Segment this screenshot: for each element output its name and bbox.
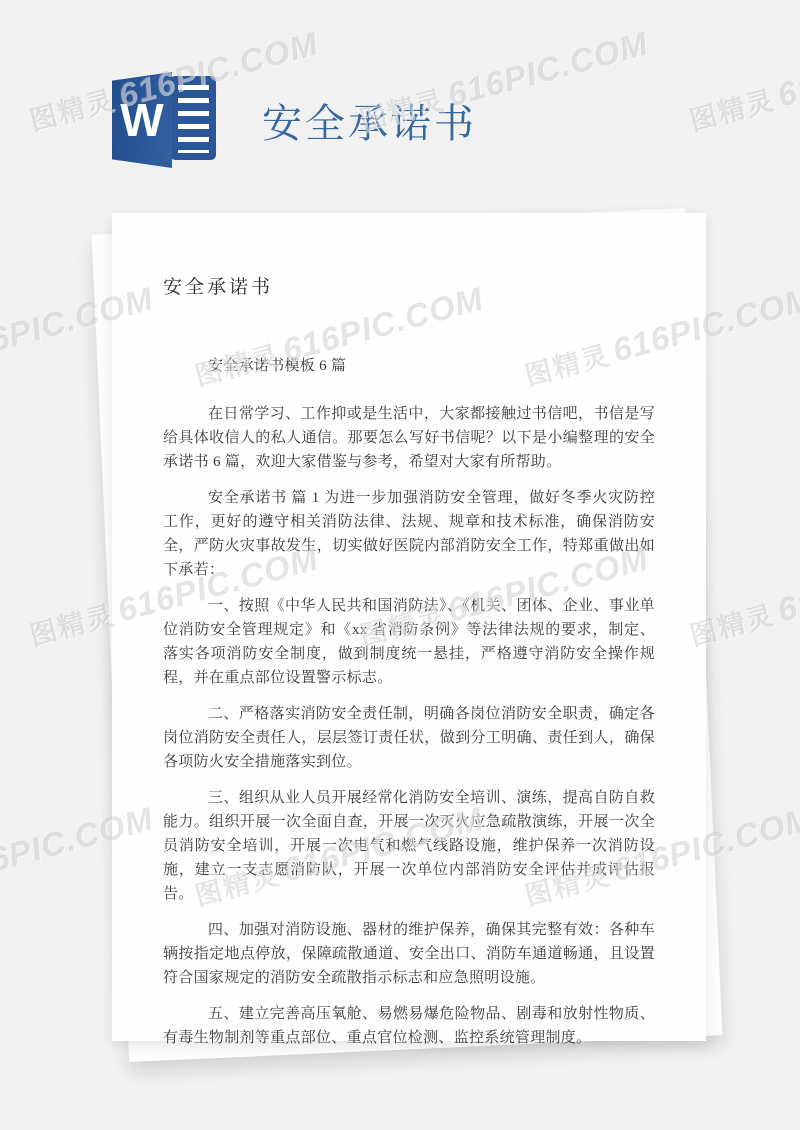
watermark-brand: 图精灵 bbox=[27, 85, 119, 136]
watermark-brand: 图精灵 bbox=[687, 85, 779, 136]
word-document-icon bbox=[170, 76, 216, 160]
watermark-site: 616PIC.COM bbox=[774, 540, 800, 629]
doc-paragraph: 三、组织从业人员开展经常化消防安全培训、演练，提高自防自救能力。组织开展一次全面… bbox=[163, 786, 655, 906]
doc-paragraph: 安全承诺书 篇 1 为进一步加强消防安全管理，做好冬季火灾防控工作，更好的遵守相… bbox=[163, 486, 655, 582]
word-icon: W bbox=[112, 70, 216, 170]
doc-paragraph: 五、建立完善高压氧舱、易燃易爆危险物品、剧毒和放射性物质、有毒生物制剂等重点部位… bbox=[163, 1002, 655, 1050]
word-flag-icon: W bbox=[112, 72, 172, 168]
document-title: 安全承诺书 bbox=[163, 277, 655, 300]
doc-paragraph: 二、严格落实消防安全责任制，明确各岗位消防安全职责，确定各岗位消防安全责任人，层… bbox=[163, 702, 655, 774]
header: W 安全承诺书 bbox=[112, 70, 477, 170]
document-subtitle: 安全承诺书模板 6 篇 bbox=[163, 354, 655, 378]
doc-paragraph: 一、按照《中华人民共和国消防法》、《机关、团体、企业、事业单位消防安全管理规定》… bbox=[163, 594, 655, 690]
document-page: 安全承诺书 安全承诺书模板 6 篇 在日常学习、工作抑或是生活中，大家都接触过书… bbox=[112, 213, 706, 1041]
watermark-brand: 图精灵 bbox=[27, 600, 119, 651]
page-title: 安全承诺书 bbox=[262, 92, 477, 149]
doc-paragraph: 四、加强对消防设施、器材的维护保养，确保其完整有效：各种车辆按指定地点停放，保障… bbox=[163, 918, 655, 990]
word-icon-letter: W bbox=[120, 97, 163, 143]
watermark-site: 616PIC.COM bbox=[774, 25, 800, 114]
document-body: 在日常学习、工作抑或是生活中，大家都接触过书信吧，书信是写给具体收信人的私人通信… bbox=[163, 402, 655, 1050]
watermark-text: 图精灵 616PIC.COM bbox=[685, 24, 800, 139]
doc-paragraph: 在日常学习、工作抑或是生活中，大家都接触过书信吧，书信是写给具体收信人的私人通信… bbox=[163, 402, 655, 474]
